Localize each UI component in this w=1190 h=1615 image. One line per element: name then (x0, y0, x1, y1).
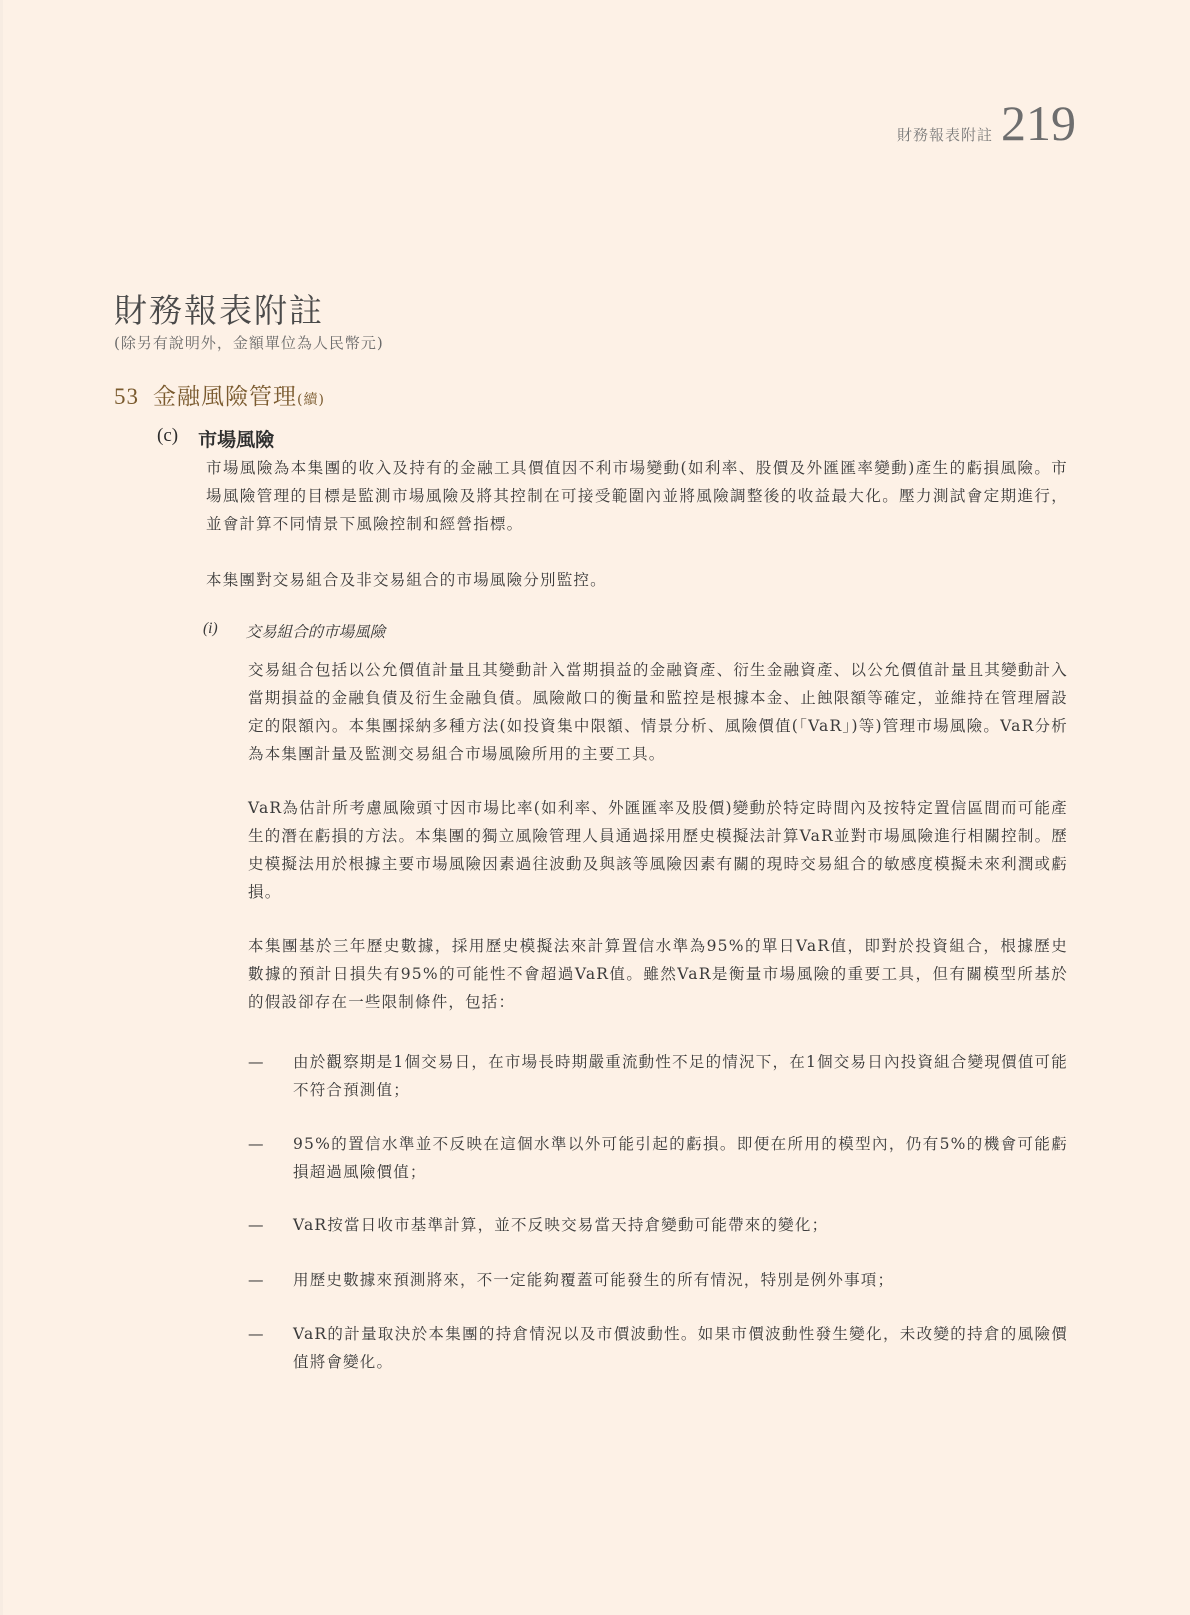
item-title: 交易組合的市場風險 (246, 620, 386, 642)
subsection-heading: (c) 市場風險 (157, 425, 274, 452)
list-item-text: 由於觀察期是1個交易日，在市場長時期嚴重流動性不足的情況下，在1個交易日內投資組… (293, 1048, 1068, 1104)
section-number: 53 (114, 384, 139, 410)
dash-bullet-icon: — (248, 1266, 293, 1294)
dash-bullet-icon: — (248, 1130, 293, 1186)
section-continued: (續) (297, 389, 325, 409)
page-subtitle: (除另有說明外，金額單位為人民幣元) (114, 332, 384, 353)
list-item: — 用歷史數據來預測將來，不一定能夠覆蓋可能發生的所有情況，特別是例外事項； (248, 1266, 894, 1294)
dash-bullet-icon: — (248, 1211, 293, 1239)
subsection-title: 市場風險 (198, 425, 274, 452)
list-item: — VaR按當日收市基準計算，並不反映交易當天持倉變動可能帶來的變化； (248, 1211, 828, 1239)
running-header: 財務報表附註 219 (897, 98, 1076, 148)
subsection-letter: (c) (157, 425, 178, 452)
item-numeral: (i) (203, 620, 218, 642)
page-title: 財務報表附註 (114, 285, 324, 332)
paragraph-monitoring: 本集團對交易組合及非交易組合的市場風險分別監控。 (206, 566, 1068, 594)
page-number: 219 (1001, 98, 1076, 148)
list-item-text: VaR的計量取決於本集團的持倉情況以及市價波動性。如果市價波動性發生變化，未改變… (293, 1320, 1068, 1376)
paragraph-market-risk-definition: 市場風險為本集團的收入及持有的金融工具價值因不利市場變動(如利率、股價及外匯匯率… (206, 454, 1068, 538)
list-item: — VaR的計量取決於本集團的持倉情況以及市價波動性。如果市價波動性發生變化，未… (248, 1320, 1068, 1376)
running-title: 財務報表附註 (897, 124, 993, 145)
dash-bullet-icon: — (248, 1048, 293, 1104)
section-heading: 53 金融風險管理 (續) (114, 378, 325, 411)
paragraph-var-method: 本集團基於三年歷史數據，採用歷史模擬法來計算置信水準為95%的單日VaR值，即對… (248, 932, 1068, 1016)
section-title: 金融風險管理 (153, 378, 297, 411)
list-item: — 由於觀察期是1個交易日，在市場長時期嚴重流動性不足的情況下，在1個交易日內投… (248, 1048, 1068, 1104)
paragraph-var-definition: VaR為估計所考慮風險頭寸因市場比率(如利率、外匯匯率及股價)變動於特定時間內及… (248, 794, 1068, 906)
item-heading: (i) 交易組合的市場風險 (203, 620, 385, 642)
paragraph-trading-book: 交易組合包括以公允價值計量且其變動計入當期損益的金融資產、衍生金融資產、以公允價… (248, 656, 1068, 768)
page-edge (0, 0, 3, 1615)
list-item: — 95%的置信水準並不反映在這個水準以外可能引起的虧損。即便在所用的模型內，仍… (248, 1130, 1068, 1186)
list-item-text: 95%的置信水準並不反映在這個水準以外可能引起的虧損。即便在所用的模型內，仍有5… (293, 1130, 1068, 1186)
list-item-text: 用歷史數據來預測將來，不一定能夠覆蓋可能發生的所有情況，特別是例外事項； (293, 1266, 894, 1294)
dash-bullet-icon: — (248, 1320, 293, 1376)
list-item-text: VaR按當日收市基準計算，並不反映交易當天持倉變動可能帶來的變化； (293, 1211, 828, 1239)
